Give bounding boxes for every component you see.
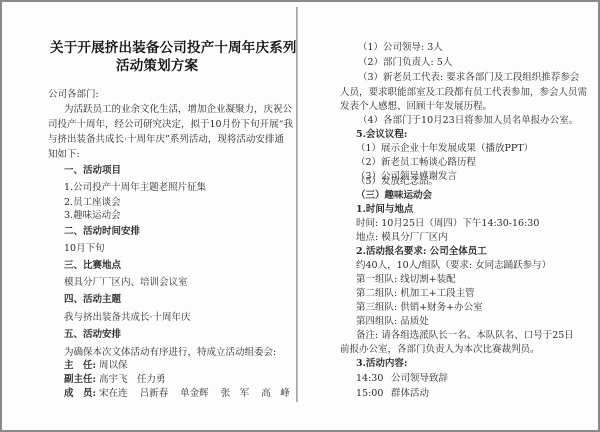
team-item: 第一组队: 线切割+装配 xyxy=(356,274,456,286)
agenda-item: （1）展示企业十年发展成果（播放PPT） xyxy=(356,143,533,155)
wrap-line: 发表个人感想、回顾十年发展历程。 xyxy=(340,101,492,113)
schedule-event: 公司领导致辞 xyxy=(391,373,448,384)
section-text: 模具分厂厂区内、培训会议室 xyxy=(64,277,188,289)
list-item: （4）各部门于10月23日将参加人员名单报办公室。 xyxy=(358,115,578,127)
intro-line: 司投产十周年，经公司研究决定，拟于10月份下旬开展“我 xyxy=(48,119,293,131)
team-item: 第四组队: 品质处 xyxy=(356,316,429,328)
vice-names: 高宇飞 任力勇 xyxy=(99,374,166,385)
schedule-time: 14:30 xyxy=(356,373,388,385)
schedule-row: 15:00 群体活动 xyxy=(356,388,429,400)
intro-line: 为活跃员工的业余文化生活，增加企业凝聚力，庆祝公 xyxy=(64,104,292,116)
vice-label: 副主任: xyxy=(64,374,96,385)
section-heading: 5.会议议程: xyxy=(356,129,407,141)
committee-director: 主 任: 周以保 xyxy=(64,360,128,372)
section-heading: 一、活动项目 xyxy=(64,165,121,177)
list-item: 1.公司投产十周年主题老照片征集 xyxy=(64,182,206,194)
section-heading: 3.活动内容: xyxy=(356,358,407,370)
list-item: 3.趣味运动会 xyxy=(64,210,121,222)
section-heading: 1.时间与地点 xyxy=(356,204,413,216)
section-heading: 四、活动主题 xyxy=(64,294,121,306)
note-line: 前报办公室，各部门负责人为本次比赛裁判员。 xyxy=(340,344,540,356)
section-heading: （三）趣味运动会 xyxy=(356,190,432,202)
team-item: 第二组队: 机加工+工段主管 xyxy=(356,288,475,300)
place-text: 地点: 模具分厂厂区内 xyxy=(356,232,448,244)
director-label: 主 任: xyxy=(64,360,96,371)
page-divider xyxy=(296,7,298,402)
section-text: 10月下旬 xyxy=(64,243,105,255)
wrap-line: 人员，要求职能部室及工段都有员工代表参加，参会人员需 xyxy=(340,87,587,99)
schedule-time: 15:00 xyxy=(356,388,388,400)
document-title-line2: 活动策划方案 xyxy=(116,60,198,72)
schedule-row: 14:30 公司领导致辞 xyxy=(356,373,448,385)
document-scan: 关于开展挤出装备公司投产十周年庆系列 活动策划方案 公司各部门: 为活跃员工的业… xyxy=(0,0,600,432)
agenda-item: （2）新老员工畅谈心路历程 xyxy=(356,157,476,169)
director-name: 周以保 xyxy=(99,360,128,371)
committee-vice: 副主任: 高宇飞 任力勇 xyxy=(64,374,166,386)
intro-line: 与挤出装备共成长·十周年庆”系列活动，现将活动安排通 xyxy=(48,134,284,146)
list-item: （3）新老员工代表: 要求各部门及工段组织推荐参会 xyxy=(358,72,579,84)
note-line: 备注: 请各组选派队长一名、本队队名、口号于25日 xyxy=(356,330,574,342)
time-text: 时间: 10月25日（周四）下午14:30-16:30 xyxy=(356,218,539,230)
schedule-event: 群体活动 xyxy=(391,388,429,399)
document-title-line1: 关于开展挤出装备公司投产十周年庆系列 xyxy=(50,42,297,54)
team-item: 第三组队: 供销+财务+办公室 xyxy=(356,302,483,314)
member-name: 张 军 xyxy=(221,388,250,400)
agenda-item: （5）发放纪念品。 xyxy=(356,176,438,188)
section-heading: 五、活动安排 xyxy=(64,329,121,341)
section-heading: 2.活动报名要求: 公司全体员工 xyxy=(356,246,487,258)
committee-members: 成 员: 宋在连 吕新春 单金辉 张 军 高 峰 xyxy=(64,388,299,400)
intro-line: 知如下: xyxy=(48,149,80,161)
list-item: （1）公司领导: 3人 xyxy=(358,42,443,54)
member-name: 单金辉 xyxy=(180,388,209,400)
right-page: （1）公司领导: 3人 （2）部门负责人: 5人 （3）新老员工代表: 要求各部… xyxy=(300,2,600,430)
section-text: 为确保本次文体活动有序进行，特成立活动组委会: xyxy=(64,347,276,359)
member-name: 高 峰 xyxy=(261,388,290,400)
member-name: 吕新春 xyxy=(140,388,169,400)
member-name: 宋在连 xyxy=(99,388,128,400)
left-page: 关于开展挤出装备公司投产十周年庆系列 活动策划方案 公司各部门: 为活跃员工的业… xyxy=(2,2,294,430)
list-item: 2.员工座谈会 xyxy=(64,197,121,209)
section-heading: 二、活动时间安排 xyxy=(64,226,140,238)
salutation: 公司各部门: xyxy=(48,89,99,101)
list-item: （2）部门负责人: 5人 xyxy=(358,57,452,69)
signup-text: 约40人，10人/组队（要求: 女同志踊跃参与） xyxy=(356,260,551,272)
members-label: 成 员: xyxy=(64,388,96,399)
section-heading: 三、比赛地点 xyxy=(64,260,121,272)
section-text: 我与挤出装备共成长·十周年庆 xyxy=(64,312,191,324)
